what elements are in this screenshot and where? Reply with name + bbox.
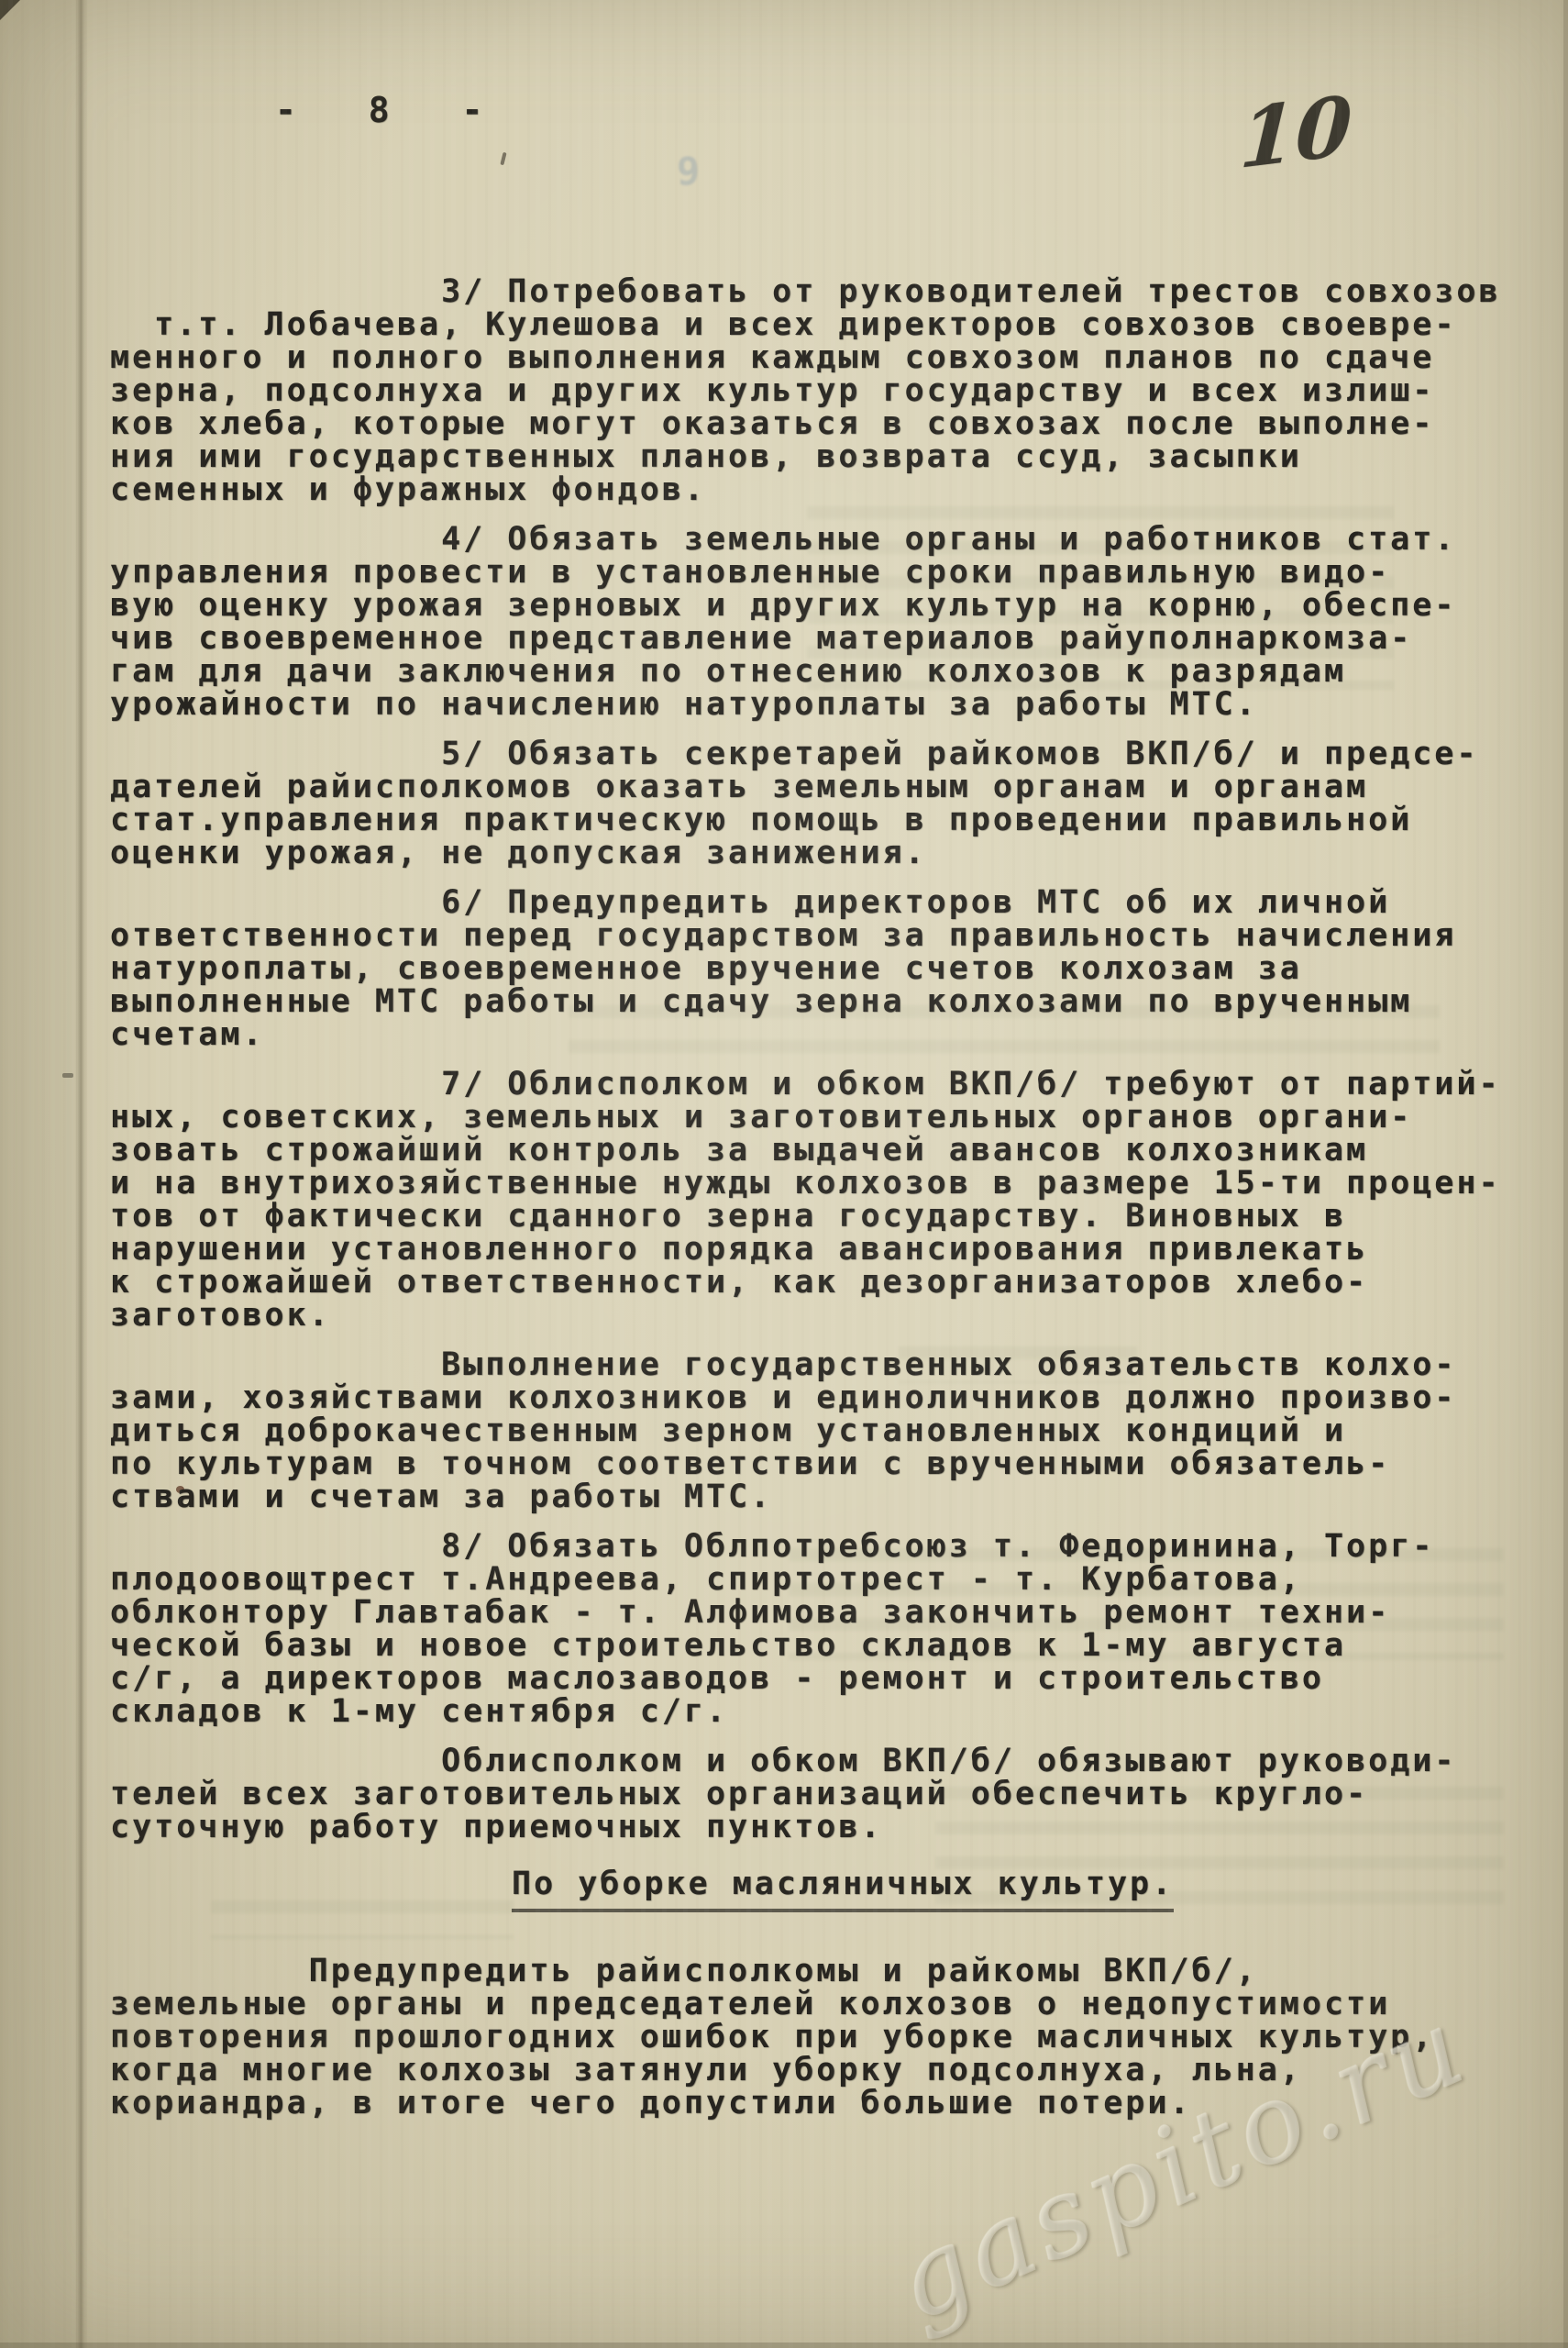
paragraph-item-3: 3/ Потребовать от руководителей трестов … xyxy=(110,275,1559,506)
paragraph-item-5: 5/ Обязать секретарей райкомов ВКП/б/ и … xyxy=(110,737,1559,869)
section-heading-text: По уборке масляничных культур. xyxy=(512,1867,1174,1912)
paragraph-item-7: 7/ Облисполком и обком ВКП/б/ требуют от… xyxy=(110,1068,1559,1332)
page-bottom-edge-shadow xyxy=(0,2342,1568,2348)
page-left-edge-shadow xyxy=(75,0,88,2348)
scanned-document-page: - 8 - 9 10 3/ Потребовать от руководител… xyxy=(0,0,1568,2348)
paper-speck xyxy=(62,1073,73,1078)
ghost-page-number: 9 xyxy=(677,149,709,194)
paragraph-item-6: 6/ Предупредить директоров МТС об их лич… xyxy=(110,886,1559,1051)
page-number: - 8 - xyxy=(275,90,499,130)
paper-speck xyxy=(500,152,506,166)
paragraph-item-4: 4/ Обязать земельные органы и работников… xyxy=(110,523,1559,721)
corner-mark xyxy=(0,0,20,20)
paragraph-item-8: 8/ Обязать Облпотребсоюз т. Федоринина, … xyxy=(110,1530,1559,1728)
paragraph-obligations: Выполнение государственных обязательств … xyxy=(110,1348,1559,1513)
document-body: 3/ Потребовать от руководителей трестов … xyxy=(110,275,1559,2136)
closing-paragraph: Предупредить райисполкомы и райкомы ВКП/… xyxy=(110,1955,1559,2120)
section-heading: По уборке масляничных культур. xyxy=(512,1867,1559,1912)
paragraph-round-the-clock: Облисполком и обком ВКП/б/ обязывают рук… xyxy=(110,1744,1559,1844)
page-right-edge-shadow xyxy=(1563,0,1568,2348)
left-margin-strip xyxy=(0,0,77,2348)
handwritten-folio-number: 10 xyxy=(1238,77,1354,187)
